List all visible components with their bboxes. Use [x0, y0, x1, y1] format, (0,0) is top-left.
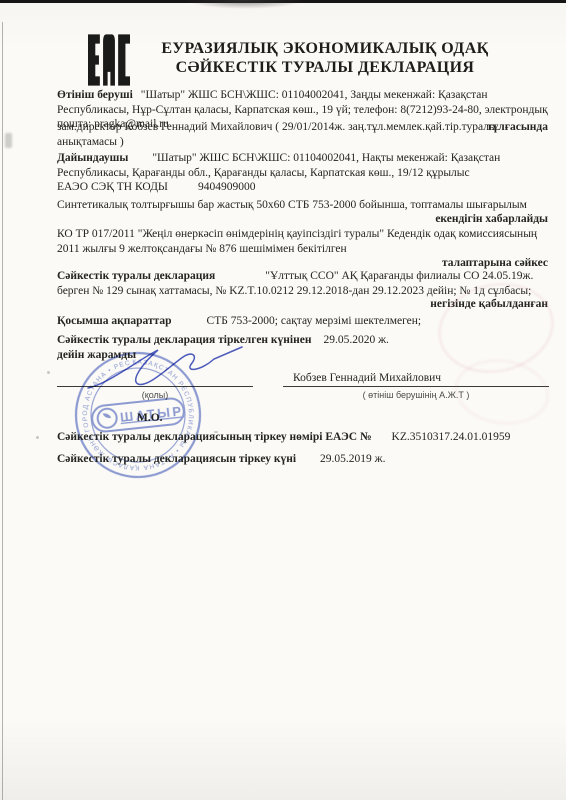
registration-number-row: Сәйкестік туралы декларациясының тіркеу …	[57, 430, 548, 445]
declaration-document: ЕУРАЗИЯЛЫҚ ЭКОНОМИКАЛЫҚ ОДАҚ СӘЙКЕСТІК Т…	[0, 0, 566, 800]
registration-date-value: 29.05.2019 ж.	[320, 453, 385, 465]
title-line-2: СӘЙКЕСТІК ТУРАЛЫ ДЕКЛАРАЦИЯ	[145, 58, 505, 77]
applicant-label: Өтініш беруші	[57, 89, 133, 101]
product-description: Синтетикалық толтырғышы бар жастық 50х60…	[57, 198, 548, 213]
document-title: ЕУРАЗИЯЛЫҚ ЭКОНОМИКАЛЫҚ ОДАҚ СӘЙКЕСТІК Т…	[145, 39, 505, 77]
manufacturer-label: Дайындаушы	[57, 152, 128, 164]
registration-date-label: Сәйкестік туралы декларациясын тіркеу кү…	[57, 453, 296, 465]
validity-date: 29.05.2020 ж.	[323, 334, 388, 346]
representative-emphasis: тұлғасында	[487, 120, 548, 135]
stamp-company-name: ШАТЫР	[119, 403, 184, 425]
scan-speck	[47, 371, 50, 374]
registration-number-label: Сәйкестік туралы декларациясының тіркеу …	[57, 431, 372, 443]
tn-code-value: 9404909000	[198, 181, 256, 193]
representative-line2: анықтамасы )	[57, 135, 548, 150]
scan-smudge	[185, 0, 305, 9]
tn-code-label: ЕАЭО СЭҚ ТН КОДЫ	[57, 181, 168, 193]
declares-line: екендігін хабарлайды	[57, 212, 548, 227]
representative-paragraph: тұлғасында зам.директор Кобзев Геннадий …	[57, 120, 548, 149]
scan-margin-mark	[5, 133, 12, 148]
basis-label: Сәйкестік туралы декларация	[57, 270, 215, 282]
title-line-1: ЕУРАЗИЯЛЫҚ ЭКОНОМИКАЛЫҚ ОДАҚ	[145, 39, 505, 58]
registration-number-value: KZ.3510317.24.01.01959	[392, 431, 511, 443]
regulation-paragraph: КО ТР 017/2011 "Жеңіл өнеркәсіп өнімдері…	[57, 227, 548, 256]
registration-date-row: Сәйкестік туралы декларациясын тіркеу кү…	[57, 452, 548, 467]
additional-info-label: Қосымша ақпараттар	[57, 315, 172, 327]
scan-speck	[36, 436, 39, 439]
additional-info-text: СТБ 753-2000; сақтау мерзімі шектелмеген…	[207, 315, 422, 327]
representative-line1: зам.директор Кобзев Геннадий Михайлович …	[57, 120, 548, 135]
manufacturer-paragraph: Дайындаушы"Шатыр" ЖШС БСН\ЖШС: 011040020…	[57, 151, 548, 180]
eac-mark-icon	[88, 33, 130, 92]
scan-left-edge	[2, 22, 3, 800]
tn-code-row: ЕАЭО СЭҚ ТН КОДЫ9404909000	[57, 180, 548, 195]
